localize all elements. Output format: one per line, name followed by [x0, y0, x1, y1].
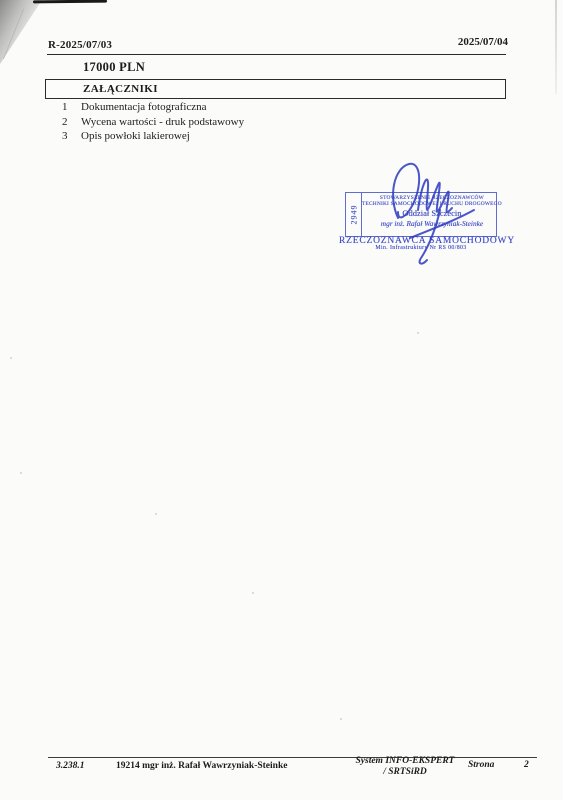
scan-top-edge-artifact — [33, 0, 107, 3]
report-date: 2025/07/04 — [438, 36, 508, 48]
footer-system-name: System INFO-EKSPERT / SRTSiRD — [330, 756, 480, 777]
scanned-document-page: { "document": { "header": { "case_number… — [0, 0, 563, 800]
list-item: 1 Dokumentacja fotograficzna — [62, 100, 244, 115]
footer-page-number: 2 — [524, 760, 529, 770]
footer-system-line1: System INFO-EKSPERT — [330, 756, 480, 767]
attachments-header-box: ZAŁĄCZNIKI — [45, 79, 506, 99]
valuation-amount: 17000 PLN — [83, 60, 145, 75]
footer-version: 3.238.1 — [56, 761, 85, 771]
footer-expert-name: 19214 mgr inż. Rafał Wawrzyniak-Steinke — [116, 761, 287, 771]
scan-speck — [340, 718, 342, 720]
list-item: 2 Wycena wartości - druk podstawowy — [62, 115, 244, 130]
item-number: 1 — [62, 100, 81, 115]
header-divider — [47, 54, 506, 55]
scan-speck — [252, 592, 254, 594]
item-number: 3 — [62, 129, 81, 144]
attachments-title: ZAŁĄCZNIKI — [83, 80, 505, 98]
scan-speck — [155, 513, 157, 515]
item-label: Opis powłoki lakierowej — [81, 129, 190, 144]
item-label: Wycena wartości - druk podstawowy — [81, 115, 244, 130]
stamp-registry-cell: 2949 — [346, 193, 362, 236]
handwritten-signature — [382, 158, 482, 270]
scan-speck — [417, 332, 419, 334]
item-number: 2 — [62, 115, 81, 130]
report-number: R-2025/07/03 — [48, 39, 112, 51]
footer-system-line2: / SRTSiRD — [330, 767, 480, 778]
scan-right-edge-artifact — [555, 0, 557, 94]
item-label: Dokumentacja fotograficzna — [81, 100, 207, 115]
list-item: 3 Opis powłoki lakierowej — [62, 129, 244, 144]
footer-page-label: Strona — [468, 760, 494, 770]
scan-speck — [10, 357, 12, 359]
stamp-registry-number: 2949 — [349, 205, 358, 225]
scan-corner-artifact — [0, 0, 42, 64]
scan-speck — [20, 472, 22, 474]
attachments-list: 1 Dokumentacja fotograficzna 2 Wycena wa… — [62, 100, 244, 144]
